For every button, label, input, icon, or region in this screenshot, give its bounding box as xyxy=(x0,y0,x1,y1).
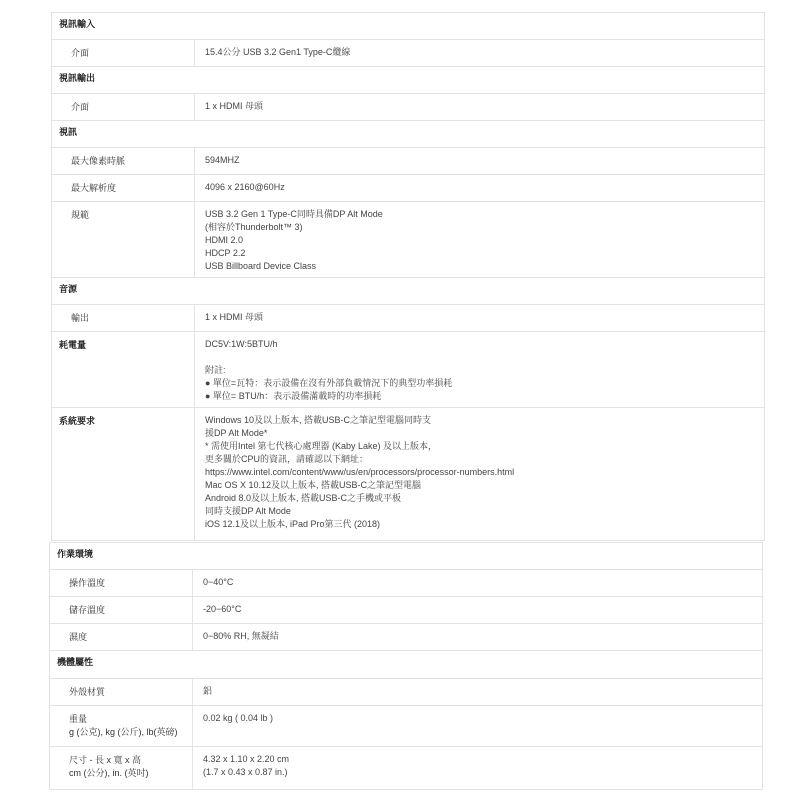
spec-value: 4096 x 2160@60Hz xyxy=(195,175,765,202)
spec-row: 最大解析度4096 x 2160@60Hz xyxy=(52,175,765,202)
spec-table-environment-physical: 作業環境操作溫度0−40°C儲存溫度-20−60°C濕度0−80% RH, 無凝… xyxy=(49,542,763,790)
spec-value-line: -20−60°C xyxy=(203,603,762,616)
section-header-row: 視訊輸入 xyxy=(52,13,765,40)
spec-value-line: ● 單位=瓦特：表示設備在沒有外部負載情況下的典型功率損耗 xyxy=(205,377,764,390)
spec-value-line: USB Billboard Device Class xyxy=(205,260,764,273)
spec-value-line: DC5V:1W:5BTU/h xyxy=(205,338,764,351)
spec-value-line: 1 x HDMI 母頭 xyxy=(205,311,764,324)
spec-value-line: HDCP 2.2 xyxy=(205,247,764,260)
spec-label-line: 尺寸 - 長 x 寬 x 高 xyxy=(69,754,192,767)
spec-value-line: Mac OS X 10.12及以上版本, 搭載USB-C之筆記型電腦 xyxy=(205,479,764,492)
spec-value: Windows 10及以上版本, 搭載USB-C之筆記型電腦同時支援DP Alt… xyxy=(195,408,765,541)
spec-value-line: 更多關於CPU的資訊，請確認以下網址： xyxy=(205,453,764,466)
spec-value: -20−60°C xyxy=(193,597,763,624)
spec-label: 重量g (公克), kg (公斤), lb(英磅) xyxy=(50,706,193,747)
spec-value: 鋁 xyxy=(193,679,763,706)
spec-value-line: Windows 10及以上版本, 搭載USB-C之筆記型電腦同時支 xyxy=(205,414,764,427)
spec-row: 規範USB 3.2 Gen 1 Type-C同時具備DP Alt Mode(相容… xyxy=(52,202,765,278)
spec-value: USB 3.2 Gen 1 Type-C同時具備DP Alt Mode(相容於T… xyxy=(195,202,765,278)
spec-value: 4.32 x 1.10 x 2.20 cm(1.7 x 0.43 x 0.87 … xyxy=(193,747,763,790)
spec-value-line: 0−40°C xyxy=(203,576,762,589)
spec-label: 規範 xyxy=(52,202,195,278)
spec-value-line: 鋁 xyxy=(203,685,762,698)
spec-label: 耗電量 xyxy=(52,332,195,408)
spec-value-line: 4096 x 2160@60Hz xyxy=(205,181,764,194)
spec-label: 輸出 xyxy=(52,305,195,332)
spec-row: 系統要求Windows 10及以上版本, 搭載USB-C之筆記型電腦同時支援DP… xyxy=(52,408,765,541)
spec-label: 尺寸 - 長 x 寬 x 高cm (公分), in. (英吋) xyxy=(50,747,193,790)
spec-value-line: HDMI 2.0 xyxy=(205,234,764,247)
spec-value-line: (相容於Thunderbolt™ 3) xyxy=(205,221,764,234)
spec-value-line: 1 x HDMI 母頭 xyxy=(205,100,764,113)
spec-value: 594MHZ xyxy=(195,148,765,175)
section-title: 視訊 xyxy=(52,121,765,148)
spec-value-line: iOS 12.1及以上版本, iPad Pro第三代 (2018) xyxy=(205,518,764,531)
section-title: 視訊輸入 xyxy=(52,13,765,40)
spec-label: 儲存溫度 xyxy=(50,597,193,624)
spec-value: 0.02 kg ( 0.04 lb ) xyxy=(193,706,763,747)
spec-row: 操作溫度0−40°C xyxy=(50,570,763,597)
spec-table-body: 視訊輸入介面15.4公分 USB 3.2 Gen1 Type-C纜線視訊輸出介面… xyxy=(52,13,765,541)
section-header-row: 作業環境 xyxy=(50,543,763,570)
spec-label: 濕度 xyxy=(50,624,193,651)
spec-value-line: 附註: xyxy=(205,364,764,377)
spec-value-line: 594MHZ xyxy=(205,154,764,167)
spec-row: 濕度0−80% RH, 無凝結 xyxy=(50,624,763,651)
spec-value: 0−80% RH, 無凝結 xyxy=(193,624,763,651)
spec-label: 操作溫度 xyxy=(50,570,193,597)
spec-value-line: ● 單位= BTU/h：表示設備滿載時的功率損耗 xyxy=(205,390,764,403)
spec-row: 外殼材質鋁 xyxy=(50,679,763,706)
spec-label-line: cm (公分), in. (英吋) xyxy=(69,767,192,780)
spec-value-line: (1.7 x 0.43 x 0.87 in.) xyxy=(203,766,762,779)
spec-value-line: 0−80% RH, 無凝結 xyxy=(203,630,762,643)
spec-value: 1 x HDMI 母頭 xyxy=(195,94,765,121)
spec-row: 尺寸 - 長 x 寬 x 高cm (公分), in. (英吋)4.32 x 1.… xyxy=(50,747,763,790)
spec-label: 最大解析度 xyxy=(52,175,195,202)
section-header-row: 視訊輸出 xyxy=(52,67,765,94)
spec-table-body: 作業環境操作溫度0−40°C儲存溫度-20−60°C濕度0−80% RH, 無凝… xyxy=(50,543,763,790)
spec-row: 介面1 x HDMI 母頭 xyxy=(52,94,765,121)
spec-value: 0−40°C xyxy=(193,570,763,597)
section-title: 音源 xyxy=(52,278,765,305)
spec-label: 介面 xyxy=(52,40,195,67)
spec-value: 15.4公分 USB 3.2 Gen1 Type-C纜線 xyxy=(195,40,765,67)
spec-row: 輸出1 x HDMI 母頭 xyxy=(52,305,765,332)
spec-row: 儲存溫度-20−60°C xyxy=(50,597,763,624)
spec-label: 系統要求 xyxy=(52,408,195,541)
spec-value-line: 4.32 x 1.10 x 2.20 cm xyxy=(203,753,762,766)
spec-row: 介面15.4公分 USB 3.2 Gen1 Type-C纜線 xyxy=(52,40,765,67)
section-header-row: 音源 xyxy=(52,278,765,305)
spec-value: DC5V:1W:5BTU/h附註:● 單位=瓦特：表示設備在沒有外部負載情況下的… xyxy=(195,332,765,408)
spec-value-line xyxy=(205,351,764,364)
spec-label: 介面 xyxy=(52,94,195,121)
spec-table-video-audio-power: 視訊輸入介面15.4公分 USB 3.2 Gen1 Type-C纜線視訊輸出介面… xyxy=(51,12,765,541)
spec-row: 最大像素時脈594MHZ xyxy=(52,148,765,175)
spec-label: 外殼材質 xyxy=(50,679,193,706)
section-title: 視訊輸出 xyxy=(52,67,765,94)
spec-label: 最大像素時脈 xyxy=(52,148,195,175)
section-header-row: 機體屬性 xyxy=(50,651,763,679)
spec-value-line: 同時支援DP Alt Mode xyxy=(205,505,764,518)
spec-value-line: 援DP Alt Mode* xyxy=(205,427,764,440)
spec-label-line: 重量 xyxy=(69,713,192,726)
spec-row: 耗電量DC5V:1W:5BTU/h附註:● 單位=瓦特：表示設備在沒有外部負載情… xyxy=(52,332,765,408)
spec-value: 1 x HDMI 母頭 xyxy=(195,305,765,332)
spec-value-line: USB 3.2 Gen 1 Type-C同時具備DP Alt Mode xyxy=(205,208,764,221)
spec-value-line: https://www.intel.com/content/www/us/en/… xyxy=(205,466,764,479)
spec-value-line: * 需使用Intel 第七代核心處理器 (Kaby Lake) 及以上版本， xyxy=(205,440,764,453)
spec-value-line: 15.4公分 USB 3.2 Gen1 Type-C纜線 xyxy=(205,46,764,59)
spec-value-line: Android 8.0及以上版本, 搭載USB-C之手機或平板 xyxy=(205,492,764,505)
section-title: 機體屬性 xyxy=(50,651,763,679)
spec-row: 重量g (公克), kg (公斤), lb(英磅)0.02 kg ( 0.04 … xyxy=(50,706,763,747)
section-title: 作業環境 xyxy=(50,543,763,570)
section-header-row: 視訊 xyxy=(52,121,765,148)
spec-label-line: g (公克), kg (公斤), lb(英磅) xyxy=(69,726,192,739)
spec-value-line: 0.02 kg ( 0.04 lb ) xyxy=(203,712,762,725)
